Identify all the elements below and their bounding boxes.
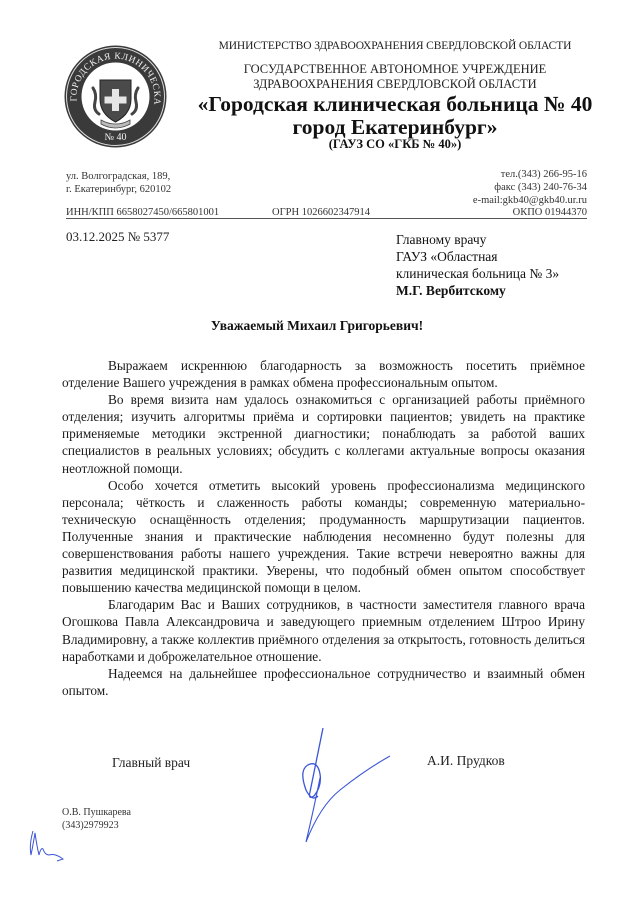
address-line2: г. Екатеринбург, 620102 [66,183,171,196]
addressee-block: Главному врачу ГАУЗ «Областная клиническ… [396,231,559,299]
initials-signature-icon [25,825,70,870]
signature-icon [270,728,430,848]
signer-title: Главный врач [112,755,190,771]
hospital-logo: ГОРОДСКАЯ КЛИНИЧЕСКАЯ БОЛЬНИЦА № 40 [63,44,168,149]
executor-initials [25,825,70,870]
address-line1: ул. Волгоградская, 189, [66,170,171,183]
ogrn: ОГРН 1026602347914 [272,206,370,219]
letter-body: Выражаем искреннюю благодарность за возм… [62,357,585,699]
paragraph: Особо хочется отметить высокий уровень п… [62,477,585,597]
greeting: Уважаемый Михаил Григорьевич! [0,318,634,334]
logo-number: № 40 [104,132,126,143]
paragraph: Во время визита нам удалось ознакомиться… [62,391,585,476]
paragraph: Благодарим Вас и Ваших сотрудников, в ча… [62,596,585,664]
executor-name: О.В. Пушкарева [62,806,131,819]
addressee-line2: ГАУЗ «Областная [396,248,559,265]
addressee-line1: Главному врачу [396,231,559,248]
org-type-line2: ЗДРАВООХРАНЕНИЯ СВЕРДЛОВСКОЙ ОБЛАСТИ [195,77,595,92]
handwritten-signature [270,728,430,848]
paragraph: Надеемся на дальнейшее профессиональное … [62,665,585,699]
hospital-address: ул. Волгоградская, 189, г. Екатеринбург,… [66,170,171,196]
registration-number: 03.12.2025 № 5377 [66,229,169,245]
hospital-short-name: (ГАУЗ СО «ГКБ № 40») [195,137,595,152]
executor-phone: (343)2979923 [62,819,131,832]
hospital-name-line1: «Городская клиническая больница № 40 [195,92,595,117]
addressee-line3: клиническая больница № 3» [396,265,559,282]
inn-kpp: ИНН/КПП 6658027450/665801001 [66,206,219,219]
fax: факс (343) 240-76-34 [473,181,587,194]
executor-block: О.В. Пушкарева (343)2979923 [62,806,131,832]
paragraph: Выражаем искреннюю благодарность за возм… [62,357,585,391]
hospital-contacts: тел.(343) 266-95-16 факс (343) 240-76-34… [473,168,587,207]
ministry-name: МИНИСТЕРСТВО ЗДРАВООХРАНЕНИЯ СВЕРДЛОВСКО… [195,40,595,52]
hospital-emblem-icon: ГОРОДСКАЯ КЛИНИЧЕСКАЯ БОЛЬНИЦА № 40 [63,44,168,149]
addressee-name: М.Г. Вербитскому [396,282,559,299]
signer-name: А.И. Прудков [427,753,505,769]
phone: тел.(343) 266-95-16 [473,168,587,181]
okpo: ОКПО 01944370 [513,206,587,219]
org-type-line1: ГОСУДАРСТВЕННОЕ АВТОНОМНОЕ УЧРЕЖДЕНИЕ [195,62,595,77]
requisites-line: ИНН/КПП 6658027450/665801001 ОГРН 102660… [66,206,587,219]
